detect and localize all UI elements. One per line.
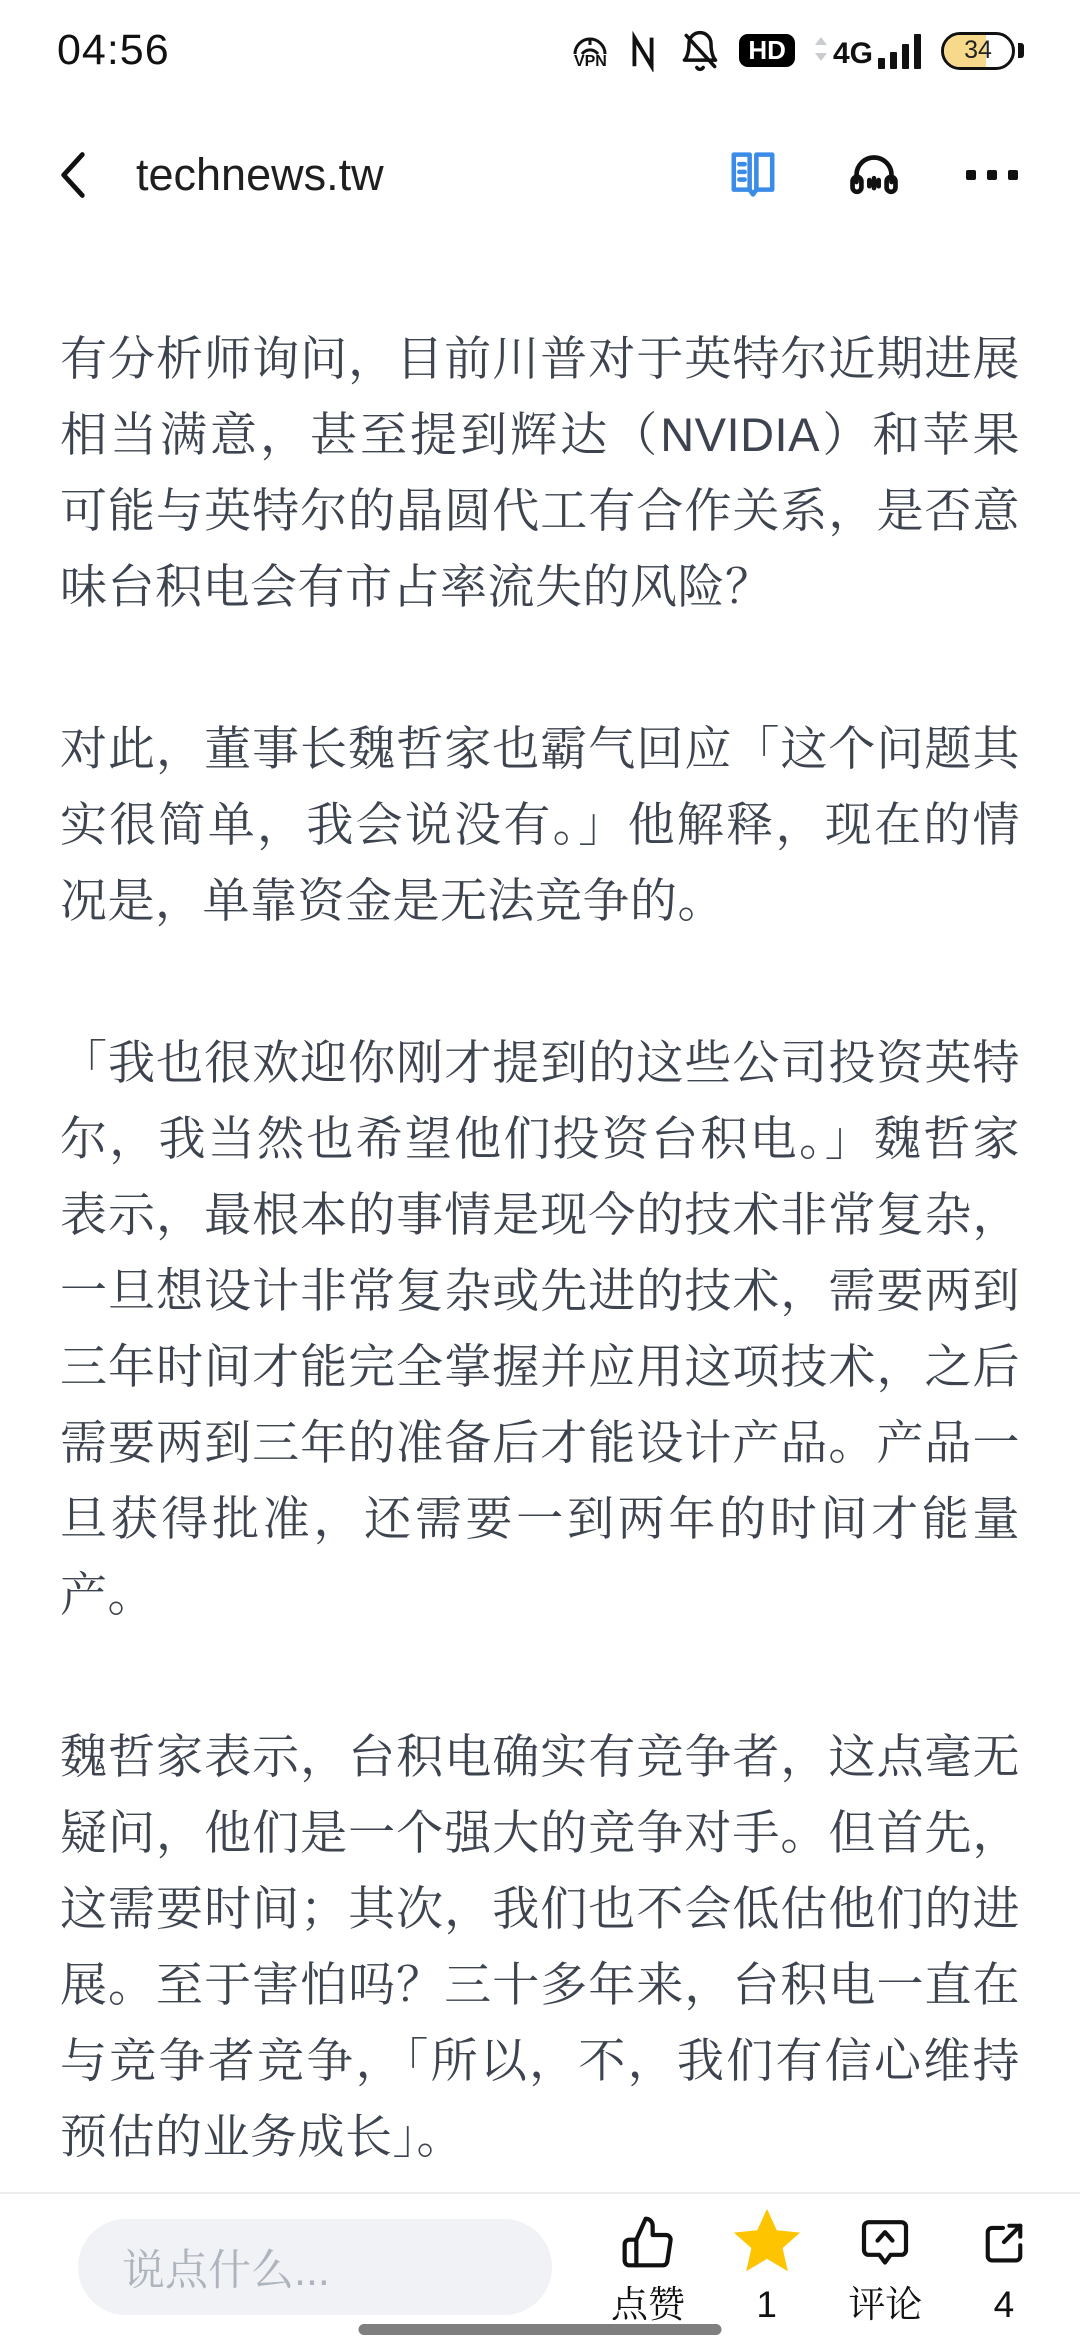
article-paragraph: 魏哲家表示，台积电确实有竞争者，这点毫无疑问，他们是一个强大的竞争对手。但首先，…: [60, 1719, 1020, 2175]
share-count: 4: [994, 2286, 1015, 2324]
more-button[interactable]: [966, 170, 1018, 180]
status-icons: VPN HD 4G: [572, 29, 1024, 73]
battery-level: 34: [964, 36, 992, 65]
comment-button[interactable]: 评论: [829, 2210, 941, 2324]
nfc-icon: [625, 30, 661, 72]
signal-bars-icon: [876, 31, 924, 71]
network-4g-icon: 4G: [812, 31, 924, 71]
vpn-icon: VPN: [572, 33, 608, 69]
back-icon: [50, 149, 96, 201]
article-content: 有分析师询问，目前川普对于英特尔近期进展相当满意，甚至提到辉达（NVIDIA）和…: [0, 255, 1080, 2175]
reader-mode-button[interactable]: [724, 145, 782, 205]
status-bar: 04:56 VPN: [0, 0, 1080, 95]
listen-button[interactable]: [846, 147, 902, 203]
article-paragraph: 「我也很欢迎你刚才提到的这些公司投资英特尔，我当然也希望他们投资台积电。」魏哲家…: [60, 1025, 1020, 1633]
comment-input[interactable]: 说点什么...: [78, 2219, 552, 2315]
reader-mode-icon: [724, 145, 782, 205]
article-paragraph: 对此，董事长魏哲家也霸气回应「这个问题其实很简单，我会说没有。」他解释，现在的情…: [60, 711, 1020, 939]
article-paragraph: 有分析师询问，目前川普对于英特尔近期进展相当满意，甚至提到辉达（NVIDIA）和…: [60, 321, 1020, 625]
thumbs-up-icon: [620, 2214, 676, 2270]
battery-icon: 34: [941, 32, 1024, 70]
page-domain[interactable]: technews.tw: [136, 149, 724, 201]
nav-bar: technews.tw: [0, 95, 1080, 255]
more-icon: [966, 170, 1018, 180]
notifications-off-icon: [678, 29, 722, 73]
share-icon: [978, 2216, 1030, 2268]
like-label: 点赞: [611, 2286, 685, 2324]
hd-icon: HD: [739, 34, 795, 67]
home-indicator[interactable]: [359, 2324, 722, 2335]
listen-icon: [846, 147, 902, 203]
comment-label: 评论: [848, 2286, 922, 2324]
comment-icon: [857, 2214, 913, 2270]
status-time: 04:56: [57, 26, 170, 75]
back-button[interactable]: [50, 149, 102, 201]
share-button[interactable]: 4: [948, 2210, 1060, 2324]
favorite-count: 1: [756, 2286, 777, 2324]
favorite-button[interactable]: 1: [711, 2210, 823, 2324]
like-button[interactable]: 点赞: [592, 2210, 704, 2324]
bottom-bar: 说点什么... 点赞 1: [0, 2192, 1080, 2340]
browser-screen: 04:56 VPN: [0, 0, 1080, 2340]
nav-actions: [724, 145, 1018, 205]
comment-placeholder: 说点什么...: [122, 2237, 330, 2298]
star-icon: [728, 2203, 806, 2281]
action-buttons: 点赞 1 评论: [592, 2210, 1060, 2324]
